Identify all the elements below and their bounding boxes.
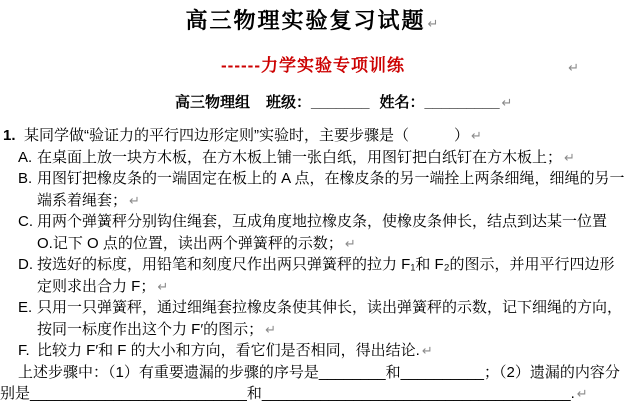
- group-name: 高三物理组: [175, 94, 250, 111]
- step-item-c: C. 用两个弹簧秤分别钩住绳套，互成角度地拉橡皮条，使橡皮条伸长，结点到达某一位…: [0, 211, 626, 254]
- exam-header-line: 高三物理组班级：_______姓名：_________↵: [175, 93, 626, 113]
- paragraph-mark-icon: ↵: [469, 128, 482, 143]
- step-text: 比较力 F′和 F 的大小和方向，看它们是否相同，得出结论.: [37, 342, 420, 359]
- step-item-e: E. 只用一只弹簧秤，通过细绳套拉橡皮条使其伸长，读出弹簧秤的示数，记下细绳的方…: [0, 297, 626, 340]
- followup-fill-in-line[interactable]: 上述步骤中：（1）有重要遗漏的步骤的序号是________和__________…: [0, 362, 626, 401]
- step-text: 用两个弹簧秤分别钩住绳套，互成角度地拉橡皮条，使橡皮条伸长，结点到达某一位置 O…: [37, 213, 607, 252]
- page-title: 高三物理实验复习试题: [186, 8, 426, 33]
- class-blank-field[interactable]: _______: [311, 94, 369, 111]
- step-text: 在桌面上放一块方木板，在方木板上铺一张白纸，用图钉把白纸钉在方木板上；: [37, 149, 562, 166]
- paragraph-mark-icon: ↵: [155, 279, 168, 294]
- page-subtitle: ------力学实验专项训练: [221, 56, 405, 75]
- paragraph-mark-icon: ↵: [566, 57, 580, 79]
- step-letter: E.: [18, 297, 32, 319]
- step-item-b: B. 用图钉把橡皮条的一端固定在板上的 A 点，在橡皮条的另一端拴上两条细绳，细…: [0, 168, 626, 211]
- paragraph-mark-icon: ↵: [562, 150, 575, 165]
- step-text: 用图钉把橡皮条的一端固定在板上的 A 点，在橡皮条的另一端拴上两条细绳，细绳的另…: [37, 170, 625, 209]
- paragraph-mark-icon: ↵: [420, 343, 433, 358]
- name-label: 姓名：: [379, 94, 424, 111]
- step-letter: A.: [18, 147, 32, 169]
- followup-text: 上述步骤中：（1）有重要遗漏的步骤的序号是________和__________…: [0, 364, 620, 401]
- class-label: 班级：: [266, 94, 311, 111]
- step-letter: C.: [18, 211, 33, 233]
- paragraph-mark-icon: ↵: [575, 386, 588, 401]
- paragraph-mark-icon: ↵: [343, 236, 356, 251]
- paragraph-mark-icon: ↵: [426, 16, 441, 31]
- paragraph-mark-icon: ↵: [500, 95, 513, 110]
- step-item-f: F. 比较力 F′和 F 的大小和方向，看它们是否相同，得出结论.↵: [0, 340, 626, 362]
- step-letter: D.: [18, 254, 33, 276]
- paragraph-mark-icon: ↵: [263, 322, 276, 337]
- step-item-a: A. 在桌面上放一块方木板，在方木板上铺一张白纸，用图钉把白纸钉在方木板上；↵: [0, 147, 626, 169]
- step-letter: B.: [18, 168, 32, 190]
- step-text: 按选好的标度，用铅笔和刻度尺作出两只弹簧秤的拉力 F₁和 F₂的图示，并用平行四…: [37, 256, 615, 295]
- document-title-line: 高三物理实验复习试题↵: [0, 0, 626, 39]
- name-blank-field[interactable]: _________: [424, 94, 499, 111]
- exam-document: 高三物理实验复习试题↵ ------力学实验专项训练 ↵ 高三物理组班级：___…: [0, 0, 626, 401]
- step-text: 只用一只弹簧秤，通过细绳套拉橡皮条使其伸长，读出弹簧秤的示数，记下细绳的方向，按…: [37, 299, 622, 338]
- question-number: 1.: [3, 125, 16, 147]
- question-stem-text: 某同学做“验证力的平行四边形定则”实验时，主要步骤是（ ）: [24, 127, 469, 144]
- question-stem: 1. 某同学做“验证力的平行四边形定则”实验时，主要步骤是（ ）↵: [0, 125, 626, 147]
- question-1: 1. 某同学做“验证力的平行四边形定则”实验时，主要步骤是（ ）↵ A. 在桌面…: [0, 125, 626, 401]
- step-item-d: D. 按选好的标度，用铅笔和刻度尺作出两只弹簧秤的拉力 F₁和 F₂的图示，并用…: [0, 254, 626, 297]
- document-subtitle-line: ------力学实验专项训练 ↵: [0, 55, 626, 77]
- step-letter: F.: [18, 340, 30, 362]
- paragraph-mark-icon: ↵: [127, 193, 140, 208]
